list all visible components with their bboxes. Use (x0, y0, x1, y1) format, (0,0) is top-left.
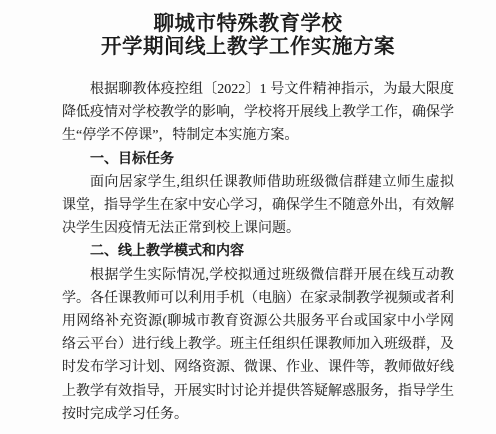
title-line-1: 聊城市特殊教育学校 (0, 13, 496, 36)
document-page: 聊城市特殊教育学校 开学期间线上教学工作实施方案 根据聊教体疫控组〔2022〕1… (0, 0, 496, 434)
title-line-2: 开学期间线上教学工作实施方案 (0, 36, 496, 59)
paragraph-intro: 根据聊教体疫控组〔2022〕1 号文件精神指示，为最大限度降低疫情对学校教学的影… (62, 78, 454, 148)
paragraph-section-1: 面向居家学生,组织任课教师借助班级微信群建立师生虚拟课堂，指导学生在家中安心学习… (62, 171, 454, 241)
paragraph-section-2: 根据学生实际情况,学校拟通过班级微信群开展在线互动教学。各任课教师可以利用手机（… (62, 264, 454, 426)
document-title: 聊城市特殊教育学校 开学期间线上教学工作实施方案 (0, 0, 496, 59)
section-heading-1: 一、目标任务 (62, 148, 454, 171)
document-body: 根据聊教体疫控组〔2022〕1 号文件精神指示，为最大限度降低疫情对学校教学的影… (62, 78, 454, 426)
section-heading-2: 二、线上教学模式和内容 (62, 240, 454, 263)
